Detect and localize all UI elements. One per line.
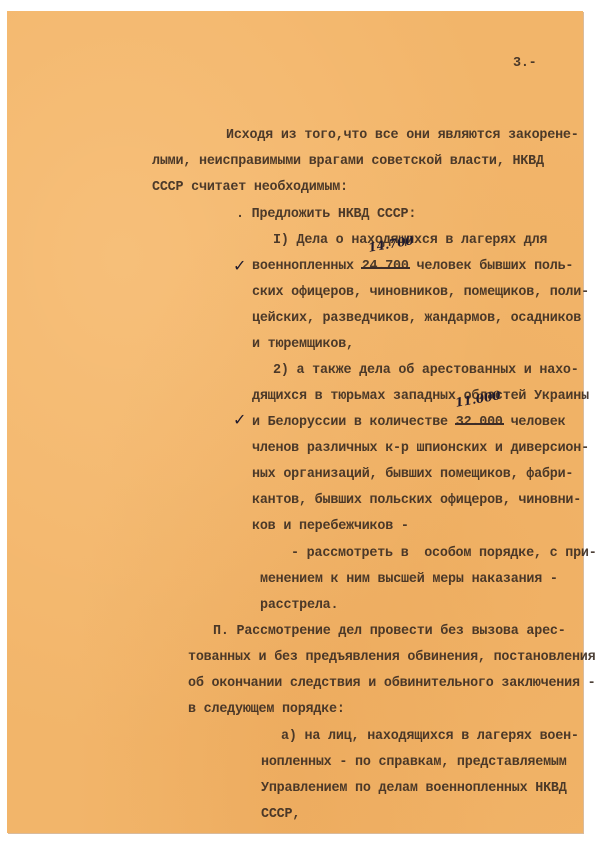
document-page: 3.- Исходя из того,что все они являются … (7, 11, 583, 833)
item1-line-3: ских офицеров, чиновников, помещиков, по… (252, 285, 589, 301)
check-mark-icon: ✓ (233, 410, 246, 429)
section2a-line-4: СССР, (261, 807, 300, 823)
intro-line-3: СССР считает необходимым: (152, 180, 348, 196)
item1-line-2-before: военнопленных (252, 259, 362, 274)
item2-line-5: ных организаций, бывших помещиков, фабри… (252, 467, 573, 483)
section2-line-2: тованных и без предъявления обвинения, п… (188, 650, 595, 666)
item1-line-2: военнопленных 24.700 человек бывших поль… (252, 259, 573, 275)
item1-line-4: цейских, разведчиков, жандармов, осадник… (252, 311, 581, 327)
item1-line-5: и тюремщиков, (252, 337, 354, 353)
decision-line-3: расстрела. (260, 598, 338, 614)
section2a-line-3: Управлением по делам военнопленных НКВД (261, 781, 567, 797)
struck-number-2: 32.000 (456, 415, 503, 431)
item2-line-3-before: и Белоруссии в количестве (252, 415, 456, 430)
item2-line-3-after: человек (503, 415, 566, 430)
page-number: 3.- (513, 56, 537, 72)
proposal-heading: . Предложить НКВД СССР: (236, 207, 416, 223)
item2-line-3: и Белоруссии в количестве 32.000 человек (252, 415, 565, 431)
section2a-line-1: а) на лиц, находящихся в лагерях воен- (281, 729, 579, 745)
decision-line-1: - рассмотреть в особом порядке, с при- (291, 546, 597, 562)
section2-line-1: П. Рассмотрение дел провести без вызова … (213, 624, 566, 640)
item2-line-2: дящихся в тюрьмах западных областей Укра… (252, 389, 589, 405)
struck-number-1: 24.700 (362, 259, 409, 275)
item2-line-6: кантов, бывших польских офицеров, чиновн… (252, 493, 581, 509)
item1-line-2-after: человек бывших поль- (409, 259, 574, 274)
check-mark-icon: ✓ (233, 256, 246, 275)
decision-line-2: менением к ним высшей меры наказания - (260, 572, 558, 588)
item2-line-1: 2) а также дела об арестованных и нахо- (273, 363, 579, 379)
item2-line-7: ков и перебежчиков - (252, 519, 409, 535)
section2a-line-2: нопленных - по справкам, представляемым (261, 755, 567, 771)
section2-line-3: об окончании следствия и обвинительного … (188, 676, 595, 692)
intro-line-2: лыми, неисправимыми врагами советской вл… (152, 154, 544, 170)
section2-line-4: в следующем порядке: (188, 702, 345, 718)
item2-line-4: членов различных к-р шпионских и диверси… (252, 441, 589, 457)
intro-line-1: Исходя из того,что все они являются зако… (226, 128, 579, 144)
